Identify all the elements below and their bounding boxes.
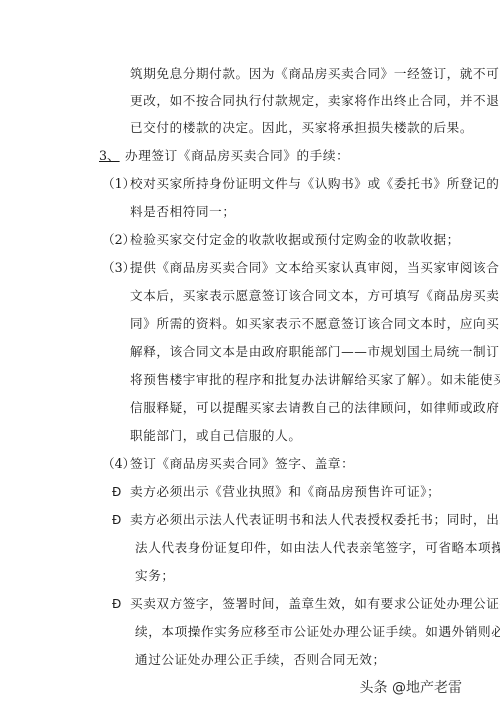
bullet-icon: Ð [112, 596, 121, 612]
item-line: 信服释疑，可以提醒买家去请教自己的法律顾问，如律师或政府的 [130, 400, 500, 416]
bullet-line: 续，本项操作实务应移至市公证处办理公证手续。如遇外销则必须 [135, 624, 500, 640]
section-title: 办理签订《商品房买卖合同》的手续： [125, 148, 349, 164]
document-page: 筑期免息分期付款。因为《商品房买卖合同》一经签订，就不可能 更改，如不按合同执行… [0, 0, 500, 707]
item-line: 同》所需的资料。如买家表示不愿意签订该合同文本时，应向买家 [130, 316, 500, 332]
item-line: 提供《商品房买卖合同》文本给买家认真审阅，当买家审阅该合同 [130, 260, 500, 276]
bullet-line: 买卖双方签字，签署时间，盖章生效，如有要求公证处办理公证手 [130, 596, 500, 612]
bullet-line: 卖方必须出示法人代表证明书和法人代表授权委托书；同时，出示 [130, 512, 500, 528]
item-line: 料是否相符同一； [130, 204, 236, 220]
bullet-line: 卖方必须出示《营业执照》和《商品房预售许可证》； [130, 484, 440, 500]
item-line: 解释，该合同文本是由政府职能部门——市规划国土局统一制订（可 [130, 344, 500, 360]
item-line: 签订《商品房买卖合同》签字、盖章： [130, 456, 354, 472]
item-line: 检验买家交付定金的收款收据或预付定购金的收款收据； [130, 232, 460, 248]
item-line: 职能部门，或自己信服的人。 [130, 428, 302, 444]
bullet-icon: Ð [112, 512, 121, 528]
item-line: 校对买家所持身份证明文件与《认购书》或《委托书》所登记的资 [130, 176, 500, 192]
watermark: 头条 @地产老雷 [360, 677, 462, 697]
paragraph-line: 筑期免息分期付款。因为《商品房买卖合同》一经签订，就不可能 [130, 66, 500, 82]
paragraph-line: 已交付的楼款的决定。因此，买家将承担损失楼款的后果。 [130, 120, 473, 136]
bullet-line: 法人代表身份证复印件，如由法人代表亲笔签字，可省略本项操作 [135, 540, 500, 556]
item-line: 文本后，买家表示愿意签订该合同文本，方可填写《商品房买卖合 [130, 288, 500, 304]
bullet-line: 实务； [135, 568, 175, 584]
bullet-icon: Ð [112, 484, 121, 500]
bullet-line: 通过公证处办理公正手续，否则合同无效； [135, 652, 386, 668]
section-number: 3、 [99, 148, 120, 164]
paragraph-line: 更改，如不按合同执行付款规定，卖家将作出终止合同，并不退回 [130, 93, 500, 109]
item-line: 将预售楼宇审批的程序和批复办法讲解给买家了解）。如未能使买家 [130, 372, 500, 388]
